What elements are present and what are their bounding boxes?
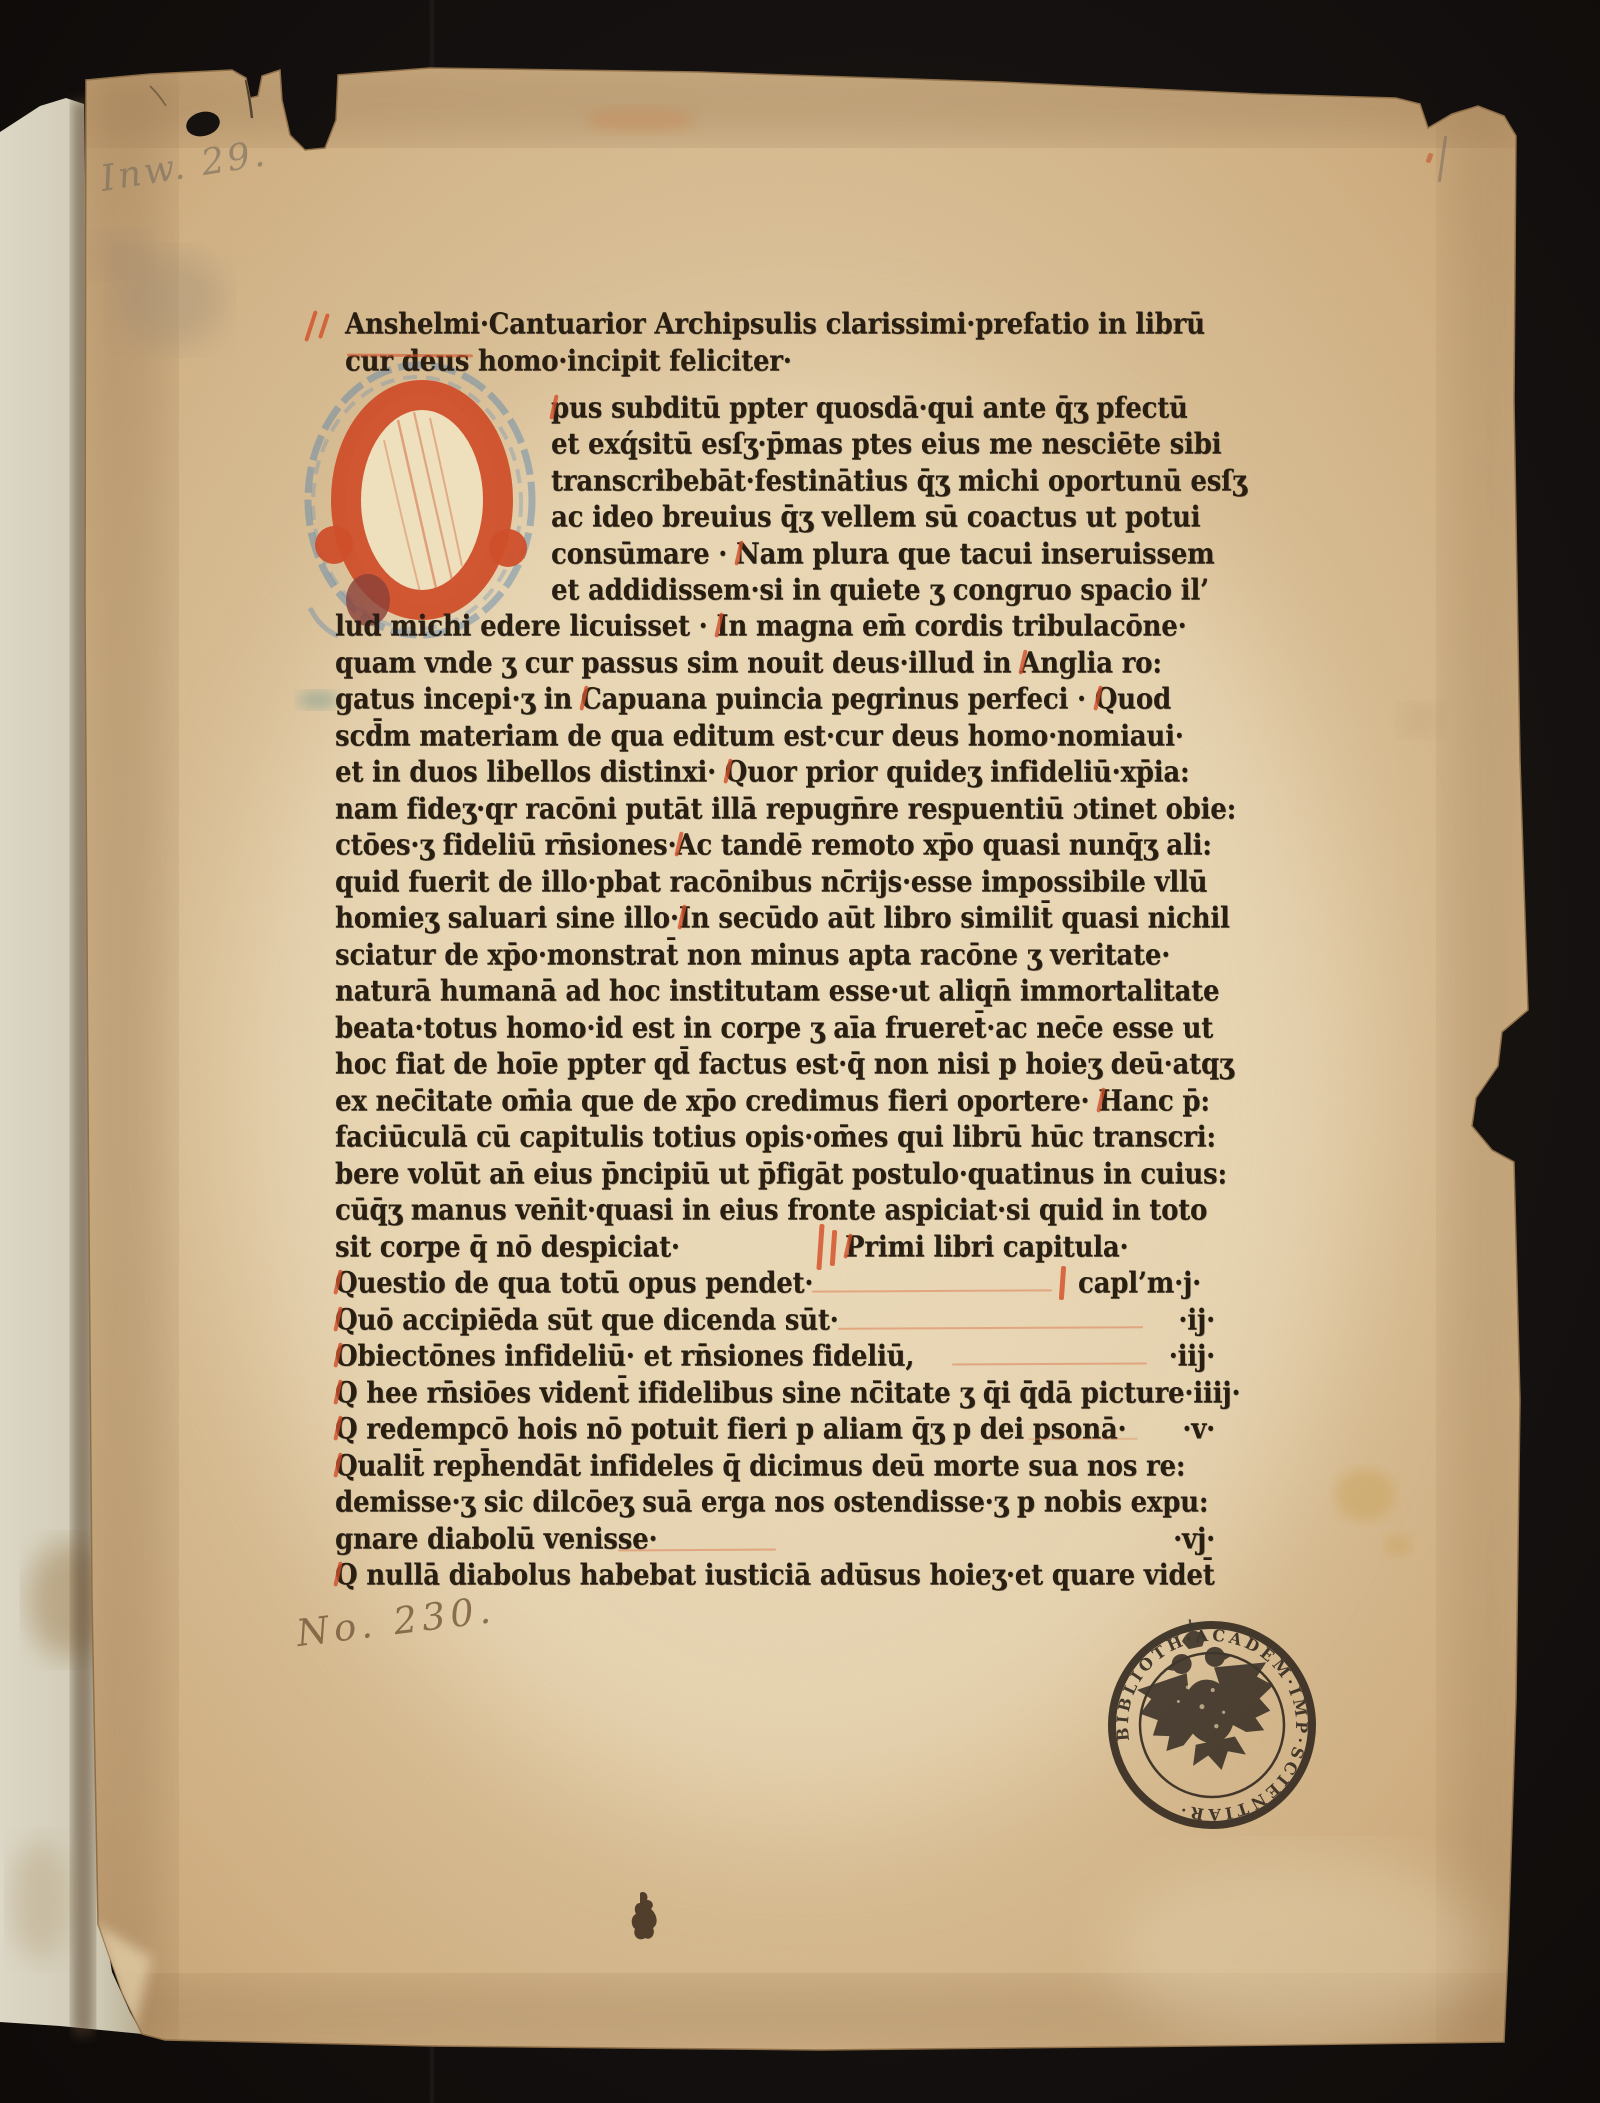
red-leader-line	[1028, 1438, 1138, 1441]
rubric-mark	[830, 1230, 837, 1266]
red-leader-line	[812, 1289, 1052, 1292]
red-leader-line	[952, 1362, 1147, 1365]
rubric-mark	[304, 310, 318, 342]
photo-canvas: BIBLIOTH·ACADEM·IMP·SCIENTIAR·	[0, 0, 1600, 2103]
rubric-mark	[1059, 1266, 1066, 1300]
rubric-mark	[347, 354, 473, 358]
rubrication-marks	[0, 0, 1600, 2103]
rubric-mark	[318, 313, 330, 339]
red-leader-line	[618, 1549, 776, 1552]
red-leader-line	[838, 1326, 1143, 1330]
rubric-mark	[816, 1224, 824, 1270]
